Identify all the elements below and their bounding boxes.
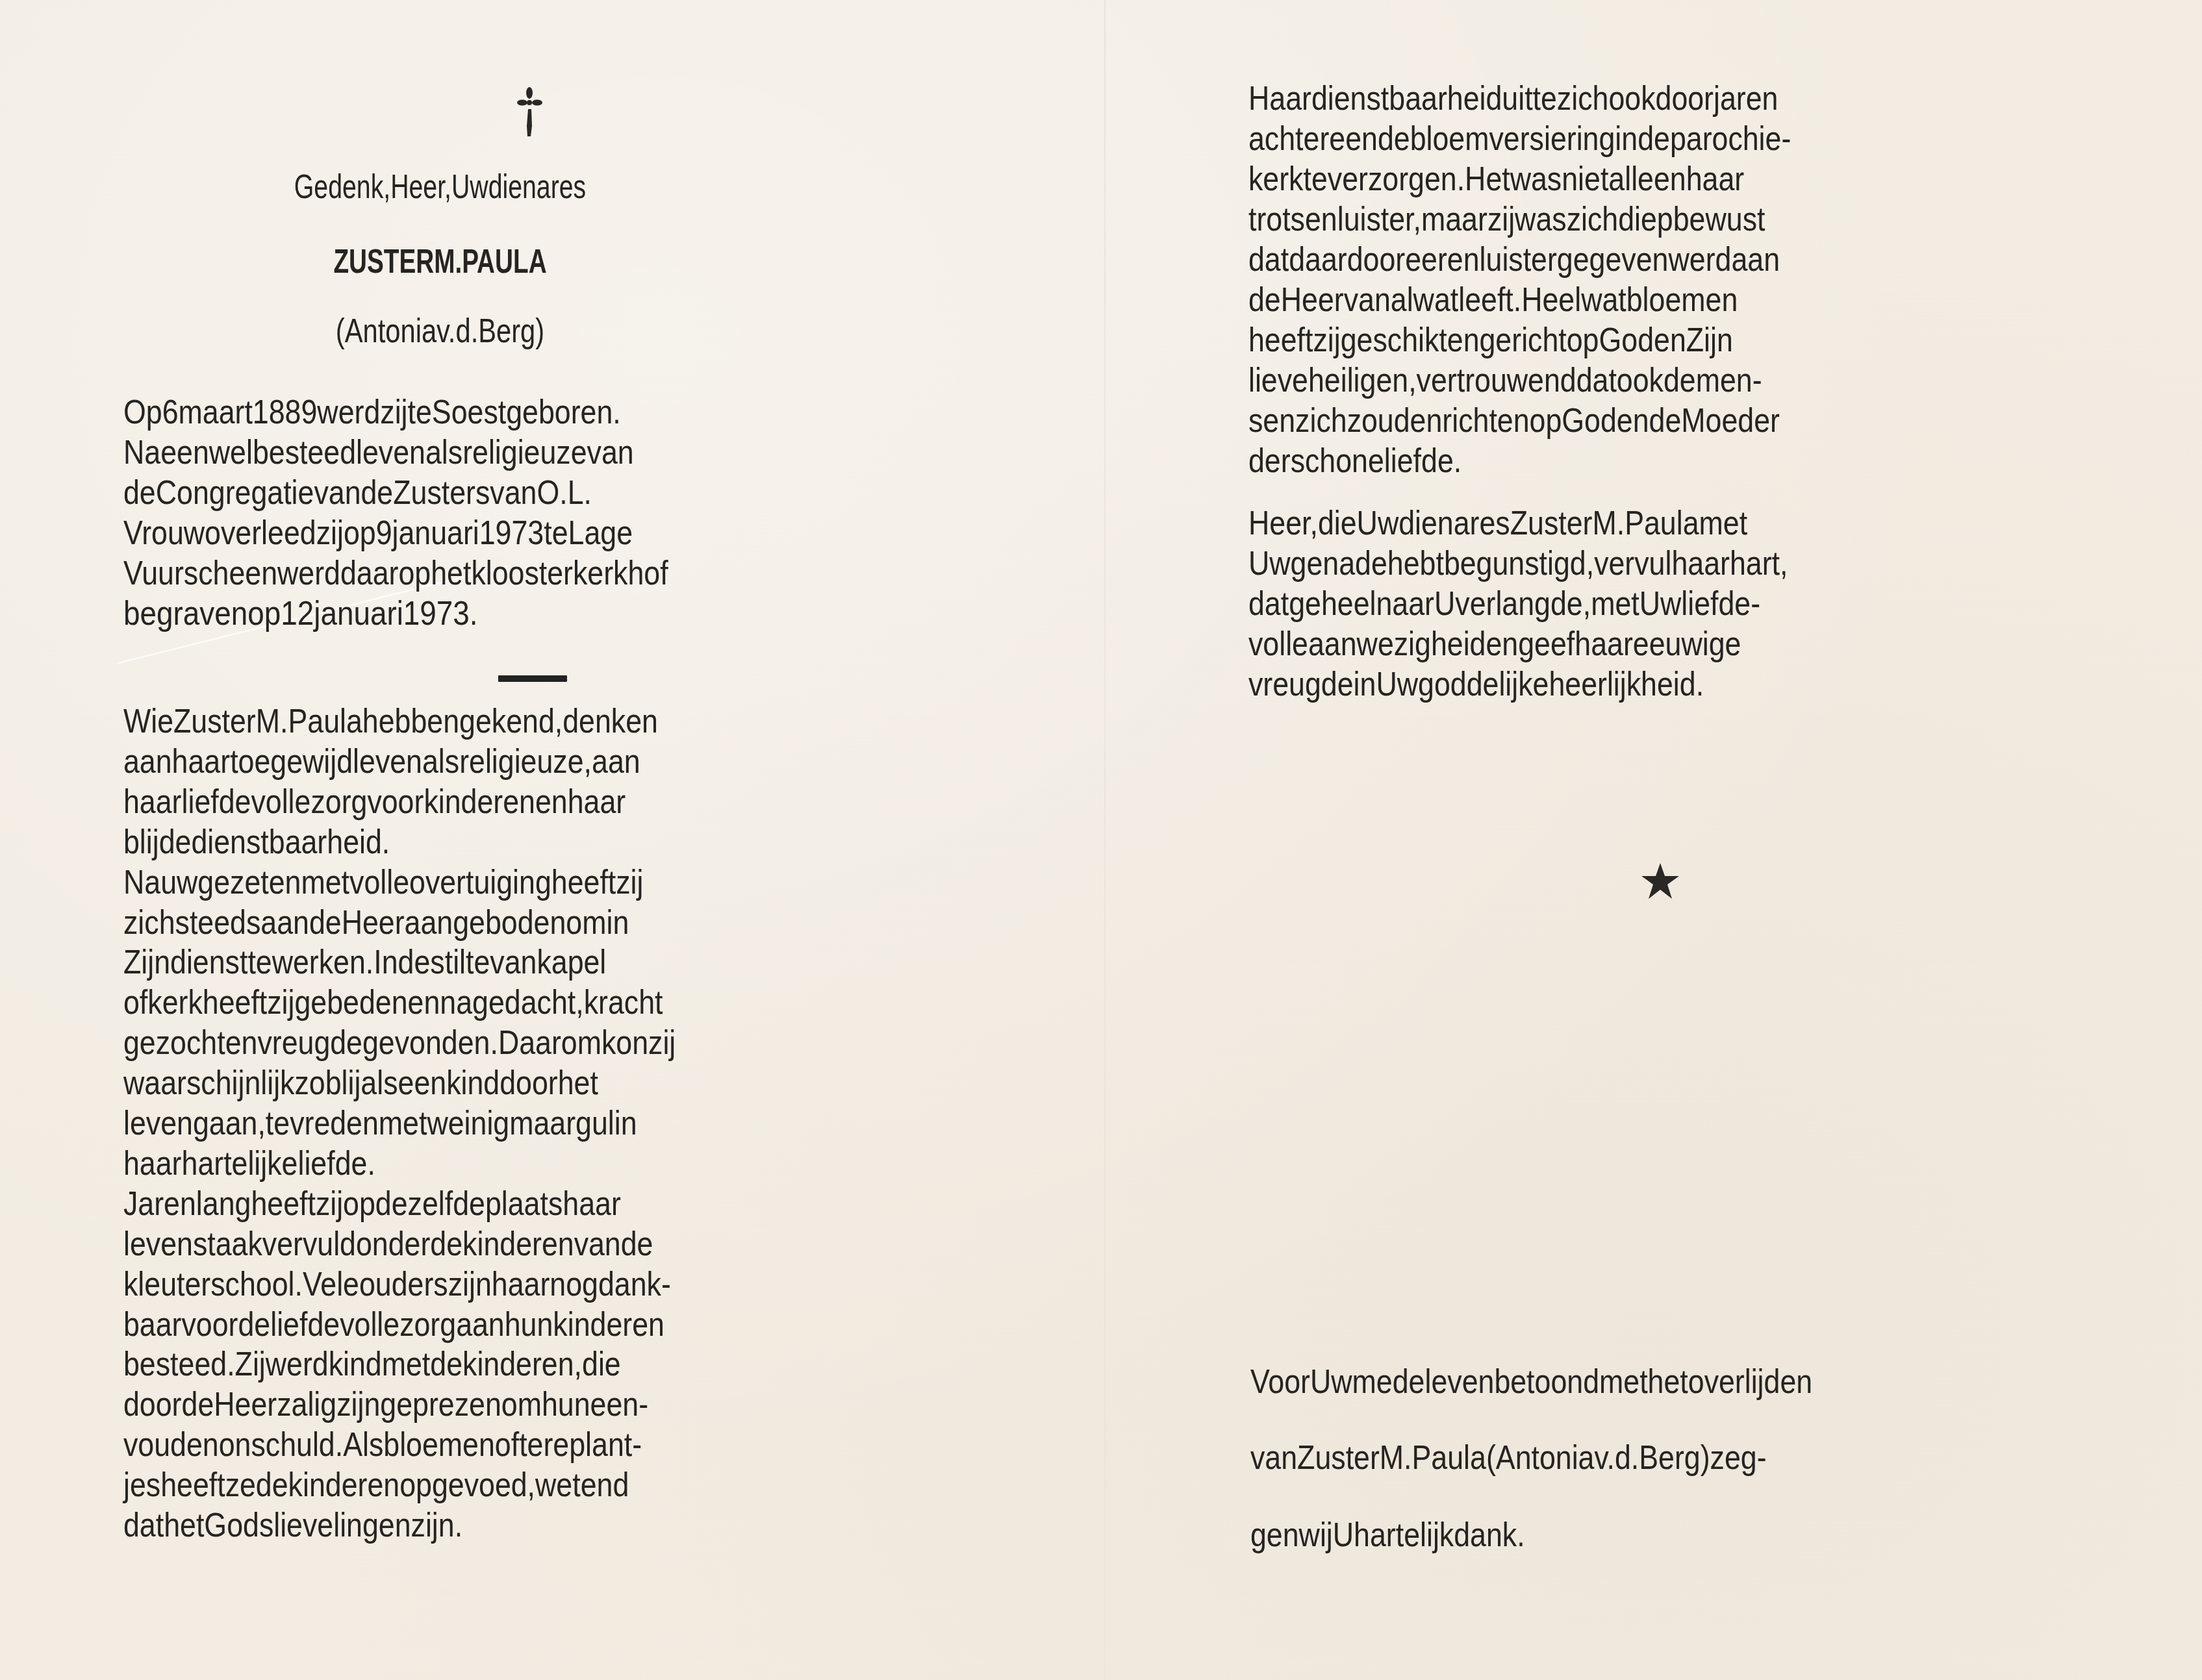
invocation-line: Gedenk,Heer,Uwdienares: [284, 170, 596, 204]
word: Uw: [451, 168, 488, 206]
text-line: dathetGodslievelingenzijn.: [123, 1509, 679, 1542]
text-line: Uwgenadehebtbegunstigd,vervulhaarhart,: [1248, 547, 2072, 581]
text-line: senzichzoudenrichtenopGodendeMoeder: [1248, 404, 2072, 438]
text-line: vreugdeinUwgoddelijkeheerlijkheid.: [1248, 668, 1937, 701]
text-line: datgeheelnaarUverlangde,metUwliefde-: [1248, 587, 2072, 621]
divider-rule: [498, 675, 567, 682]
text-line: voudenonschuld.Alsbloemenoftereplant-: [123, 1428, 948, 1462]
text-line: kleuterschool.Veleouderszijnhaarnogdank-: [123, 1268, 948, 1301]
text-line: besteed.Zijwerdkindmetdekinderen,die: [123, 1348, 948, 1381]
word: Heer,: [390, 168, 451, 206]
text-line: ofkerkheeftzijgebedenennagedacht,kracht: [123, 986, 948, 1020]
word: (Antonia: [336, 312, 437, 350]
text-line: aanhaartoegewijdlevenalsreligieuze,aan: [123, 745, 948, 779]
text-line: Jarenlangheeftzijopdezelfdeplaatshaar: [123, 1187, 948, 1221]
text-line: Vrouwoverleedzijop9januari1973teLage: [123, 516, 948, 550]
text-line: genwijUhartelijkdank.: [1250, 1518, 1699, 1552]
text-line: deHeervanalwatleeft.Heelwatbloemen: [1248, 283, 2072, 317]
text-line: waarschijnlijkzoblijalseenkinddoorhet: [123, 1066, 948, 1100]
text-line: Zijndiensttewerken.Indestiltevankapel: [123, 946, 948, 979]
text-line: begravenop12januari1973.: [123, 597, 510, 631]
text-line: lieveheiligen,vertrouwenddatookdemen-: [1248, 364, 2072, 397]
text-line: derschoneliefde.: [1248, 444, 1586, 478]
cross-icon: [517, 87, 543, 138]
text-line: blijdedienstbaarheid.: [123, 825, 487, 859]
word: PAULA: [462, 243, 546, 281]
star-icon: [1640, 862, 1680, 901]
text-line: levenstaakvervuldonderdekinderenvande: [123, 1227, 948, 1261]
text-line: doordeHeerzaligzijngeprezenomhuneen-: [123, 1388, 948, 1422]
text-line: zichsteedsaandeHeeraangebodenomin: [123, 906, 948, 940]
text-line: Naeenwelbesteedlevenalsreligieuzevan: [123, 436, 948, 470]
text-line: gezochtenvreugdegevonden.Daaromkonzij: [123, 1026, 948, 1060]
text-line: achtereendebloemversieringindeparochie-: [1248, 122, 2072, 156]
text-line: datdaardooreerenluistergegevenwerdaan: [1248, 243, 2072, 277]
word: v.: [437, 312, 455, 350]
name-line: ZUSTERM.PAULA: [327, 245, 553, 279]
word: Berg): [478, 312, 544, 350]
text-line: kerkteverzorgen.Hetwasnietalleenhaar: [1248, 162, 2072, 196]
invocation: Gedenk,Heer,Uwdienares: [284, 170, 596, 204]
text-line: Heer,dieUwdienaresZusterM.Paulamet: [1248, 507, 2072, 540]
word: d.: [455, 312, 478, 350]
text-line: Haardienstbaarheiduittezichookdoorjaren: [1248, 82, 2072, 116]
text-line: Nauwgezetenmetvolleovertuigingheeftzij: [123, 866, 948, 899]
text-line: levengaan,tevredenmetweinigmaargulin: [123, 1107, 948, 1140]
text-line: Op6maart1889werdzijteSoestgeboren.: [123, 395, 948, 429]
word: dienares: [488, 168, 587, 206]
text-line: volleaanwezigheidengeefhaareeuwige: [1248, 627, 2072, 661]
text-line: Vuurscheenwerddaarophetkloosterkerkhof: [123, 557, 948, 590]
text-line: VoorUwmedelevenbetoondmethetoverlijden: [1250, 1365, 2072, 1399]
text-line: baarvoordeliefdevollezorgaanhunkinderen: [123, 1308, 948, 1342]
center-fold: [1104, 0, 1106, 1680]
text-line: heeftzijgeschiktengerichtopGodenZijn: [1248, 323, 2072, 357]
word: Gedenk,: [294, 168, 390, 206]
birth-name-line: (Antoniav.d.Berg): [325, 314, 555, 348]
text-line: vanZusterM.Paula(Antoniav.d.Berg)zeg-: [1250, 1441, 2072, 1475]
text-line: jesheeftzedekinderenopgevoed,wetend: [123, 1468, 948, 1502]
deceased-name: ZUSTERM.PAULA: [327, 245, 553, 279]
word: ZUSTER: [333, 243, 434, 281]
text-line: trotsenluister,maarzijwaszichdiepbewust: [1248, 203, 2072, 236]
text-line: deCongregatievandeZustersvanO.L.: [123, 476, 948, 510]
text-line: WieZusterM.Paulahebbengekend,denken: [123, 705, 948, 738]
birth-name: (Antoniav.d.Berg): [325, 314, 555, 348]
text-line: haarhartelijkeliefde.: [123, 1147, 487, 1181]
text-line: haarliefdevollezorgvoorkinderenenhaar: [123, 785, 948, 819]
word: M.: [434, 243, 462, 281]
